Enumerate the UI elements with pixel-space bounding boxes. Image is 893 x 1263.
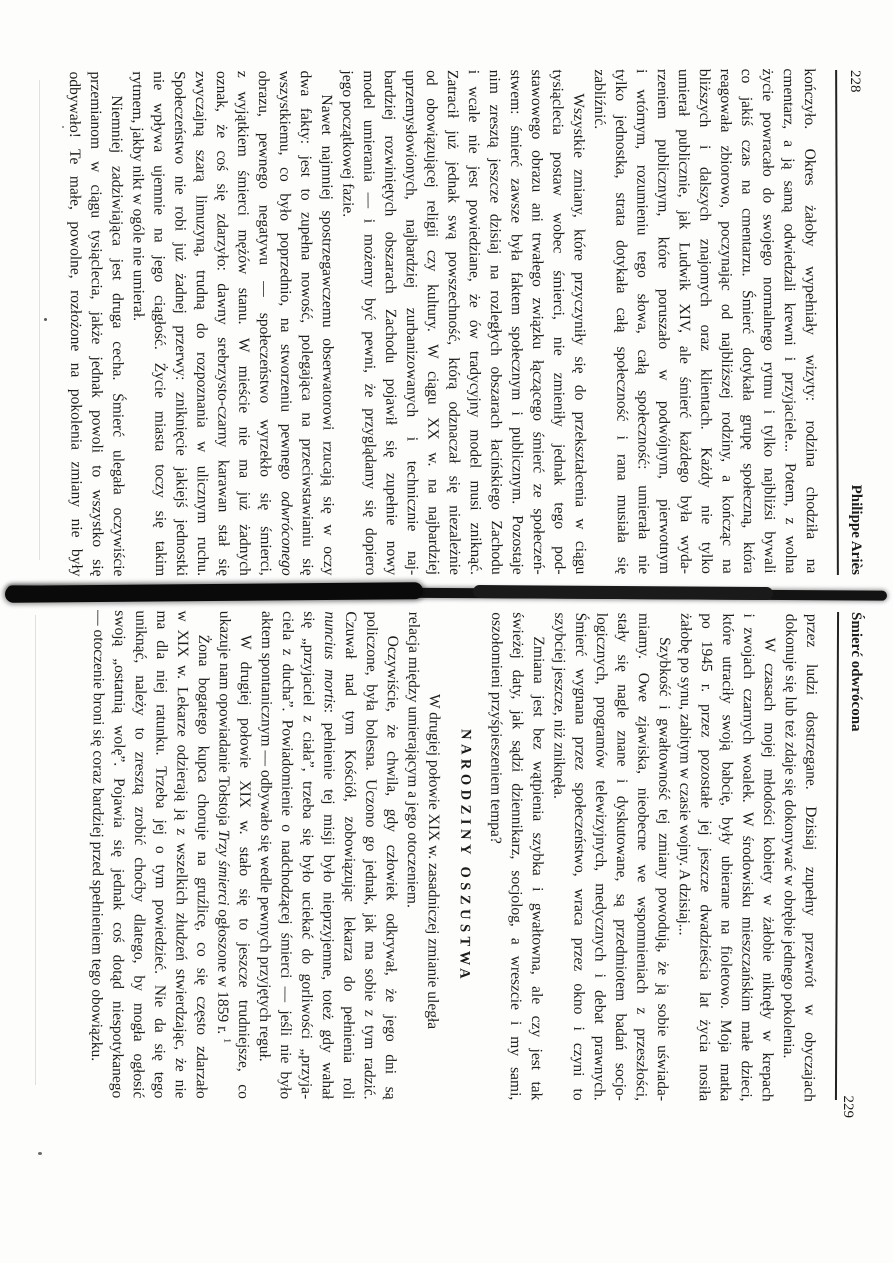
text-line: Żona bogatego kupca choruje na gruźlicę,…: [191, 611, 215, 1099]
text-line: Niemniej zadziwiająca jest druga cecha. …: [106, 71, 129, 576]
text-line: dwa fakty: jest to zupełna nowość, poleg…: [295, 71, 318, 576]
text-line: od obowiązującej religii czy kultury. W …: [421, 70, 444, 575]
text-line: dokonuje się lub też zdaje się dokonywać…: [778, 614, 802, 1102]
scan-speck: [62, 126, 64, 128]
text-line: przez ludzi dostrzegane. Dzisiaj zupełny…: [799, 614, 823, 1102]
text-line: swoją „ostatnią wolę”. Pojawia się jedna…: [107, 610, 131, 1098]
text-line: żałobę po synu, zabitym w czasie wojny. …: [673, 613, 697, 1101]
text-line: reagowała zbiorowo, poczynając od najbli…: [715, 69, 738, 574]
text-line: jego początkowej fazie.: [337, 70, 360, 575]
text-line: umierał publicznie, jak Ludwik XIV, ale …: [673, 69, 696, 574]
text-line: Czuwał nad tym Kościół, zobowiązując lek…: [338, 611, 362, 1099]
text-line: tysiąclecia postaw wobec śmierci, nie zm…: [547, 69, 570, 574]
text-line: ukazuje nam opowiadanie Tołstoja Trzy śm…: [212, 611, 236, 1099]
text-line: Śmierć wygnana przez społeczeństwo, wrac…: [568, 613, 592, 1101]
text-line: nuncius mortis: pełnienie tej misji było…: [317, 611, 341, 1099]
text-line: Zmiana jest bez wątpienia szybka i gwałt…: [526, 612, 550, 1100]
text-line: obrazu, pewnego negatywu — społeczeństwo…: [253, 71, 276, 576]
text-line: i wtórnym, rozumieniu tego słowa, całą s…: [631, 69, 654, 574]
text-line: Wszystkie zmiany, które przyczyniły się …: [568, 69, 591, 574]
text-line: aktem spontanicznym — odbywało się wedle…: [254, 611, 278, 1099]
text-line: Nawet najmniej spostrzegawczemu obserwat…: [316, 70, 339, 575]
text-line: szybciej jeszcze, niż zniknęła.: [547, 612, 571, 1100]
text-line: bardziej rozwiniętych obszarach Zachodu …: [379, 70, 402, 575]
text-line: po 1945 r. przez pozostałe jej jeszcze d…: [694, 613, 718, 1101]
text-line: życie powracało do swojego normalnego ry…: [757, 69, 780, 574]
text-line: które utraciły swoją babcię, były ubiera…: [715, 613, 739, 1101]
text-line: tylko jednostka, strata dotykała całą sp…: [610, 69, 633, 574]
text-line: zabliźnić.: [589, 69, 612, 574]
text-line: ciela z ducha”. Powiadomienie o nadchodz…: [275, 611, 299, 1099]
text-line: nim zresztą jeszcze dzisiaj na rozległyc…: [484, 70, 507, 575]
binding-gutter-shadow-mid: [473, 585, 773, 600]
text-line: zwyczajną szarą limuzyną, trudną do rozp…: [190, 71, 213, 576]
text-line: stwem: śmierć zawsze była faktem społecz…: [505, 70, 528, 575]
text-line: rytmem, jakby nikt w ogóle nie umierał.: [127, 71, 150, 576]
text-line: przemianom w ciągu tysiąclecia, jakże je…: [85, 71, 108, 576]
text-line: Oczywiście, że chwila, gdy człowiek odkr…: [380, 612, 404, 1100]
text-line: z wyjątkiem śmierci mężów stanu. W mieśc…: [232, 71, 255, 576]
text-line: odbywało! Te małe, powolne, rozłożone na…: [64, 72, 87, 577]
page-229-text: przez ludzi dostrzegane. Dzisiaj zupełny…: [86, 610, 823, 1102]
text-line: nie wpływa ujemnie na jego ciągłość. Życ…: [148, 71, 171, 576]
text-line: uniknąć, należy to zresztą zrobić choćby…: [128, 610, 152, 1098]
scan-speck: [38, 1152, 42, 1155]
text-line: Szybkość i gwałtowność tej zmiany powodu…: [652, 613, 676, 1101]
text-line: policzone, była bolesna. Uczono go jedna…: [359, 612, 383, 1100]
book-scan: 228 Philippe Ariès Śmierć odwrócona 229 …: [0, 0, 893, 1263]
text-line: się „przyjaciel z ciała”, trzeba się był…: [296, 611, 320, 1099]
text-line: kończyło. Okres żałoby wypełniały wizyty…: [799, 68, 822, 573]
text-line: oznak, że coś się zdarzyło: dawny srebrz…: [211, 71, 234, 576]
text-line: bliższych i dalszych znajomych oraz klie…: [694, 69, 717, 574]
page-edge-shadow: [35, 615, 36, 1085]
text-line: w XIX w. Lekarze odzierają ją z wszelkic…: [170, 611, 194, 1099]
binding-gutter-shadow-thick: [5, 582, 423, 603]
text-line: — otoczenie broni się coraz bardziej prz…: [86, 610, 110, 1098]
scan-speck: [44, 318, 47, 321]
header-rule-228: [835, 70, 839, 575]
book-spread-rotated: 228 Philippe Ariès Śmierć odwrócona 229 …: [0, 0, 893, 1263]
text-line: uprzemysłowionych, najbardziej zurbanizo…: [400, 70, 423, 575]
text-line: relacja między umierającym a jego otocze…: [401, 612, 425, 1100]
text-line: W drugiej połowie XIX w. stało się to je…: [233, 611, 257, 1099]
text-line: W czasach mojej młodości kobiety w żałob…: [757, 614, 781, 1102]
text-line: co jakiś czas na cmentarzu. Śmierć dotyk…: [736, 69, 759, 574]
text-line: Społeczeństwo nie robi już żadnej przerw…: [169, 71, 192, 576]
text-line: wszystkiemu, co było poprzednio, na stwo…: [274, 71, 297, 576]
text-line: i zwojach czarnych woalek. W środowisku …: [736, 613, 760, 1101]
text-line: rzeniem publicznym, które poruszało w po…: [652, 69, 675, 574]
text-line: stawowego obrazu ani trwałego związku łą…: [526, 70, 549, 575]
text-line: Zatracił już jednak swą powszechność, kt…: [442, 70, 465, 575]
text-line: model umierania — i możemy być pewni, że…: [358, 70, 381, 575]
text-line: miamy. Owe zjawiska, nieobecne we wspomn…: [631, 613, 655, 1101]
text-line: oszołomieni przyśpieszeniem tempa?: [484, 612, 508, 1100]
text-line: logicznych, programów telewizyjnych, med…: [589, 613, 613, 1101]
text-line: ma dla niej ratunku. Trzeba jej o tym po…: [149, 610, 173, 1098]
text-line: W drugiej połowie XIX w. zasadniczej zmi…: [422, 612, 446, 1100]
page-edge-shadow: [39, 80, 40, 560]
text-line: stały się nagle znane i dyskutowane, są …: [610, 613, 634, 1101]
page-228-text: kończyło. Okres żałoby wypełniały wizyty…: [64, 68, 822, 576]
page-number-229: 229: [839, 612, 856, 1118]
text-line: świeżej daty, jak sądzi dziennikarz, soc…: [505, 612, 529, 1100]
section-heading: NARODZINY OSZUSTWA: [453, 612, 477, 1100]
text-line: i wcale nie jest powiedziane, że ów trad…: [463, 70, 486, 575]
text-line: cmentarz, a ją samą odwiedzali krewni i …: [778, 68, 801, 573]
running-head-author: Philippe Ariès: [847, 70, 864, 575]
